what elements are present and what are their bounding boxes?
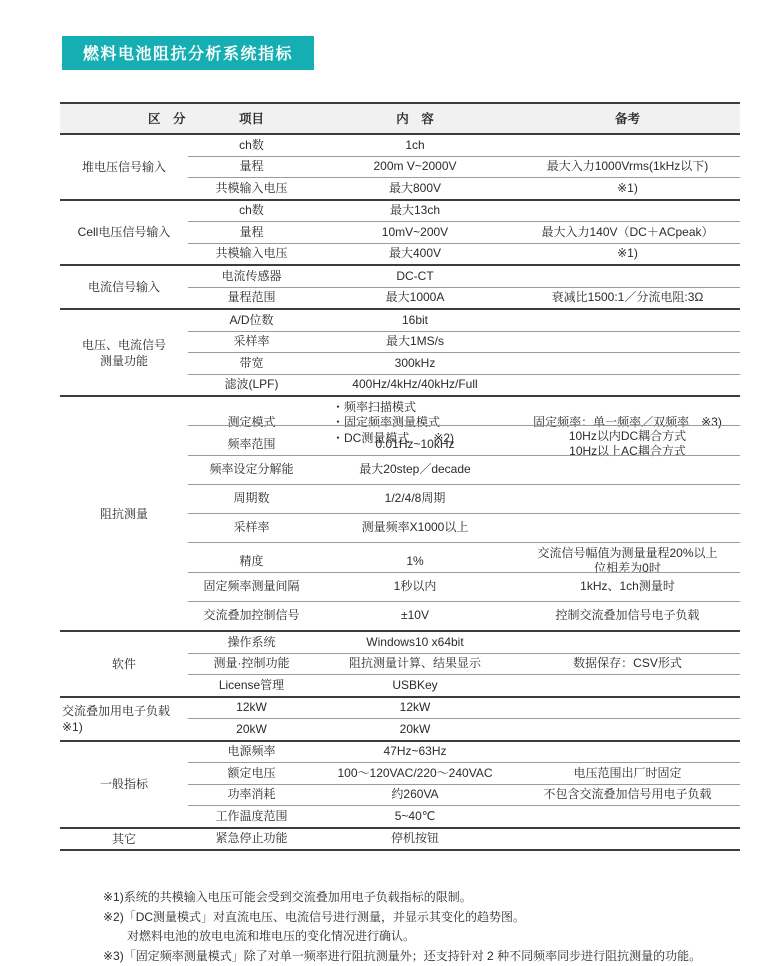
cell-item: 12kW — [188, 700, 315, 716]
spec-table-groups: 堆电压信号输入ch数1ch量程200m V~2000V最大入力1000Vrms(… — [60, 135, 740, 851]
cell-remark: ※1) — [515, 246, 740, 262]
cell-content: 5~40℃ — [315, 809, 515, 825]
cell-content: 约260VA — [315, 787, 515, 803]
cell-content: 停机按钮 — [315, 831, 515, 847]
table-row: ch数最大13ch — [188, 201, 740, 222]
cell-item: 操作系统 — [188, 635, 315, 651]
cell-content: 47Hz~63Hz — [315, 744, 515, 760]
cell-item: 电源频率 — [188, 744, 315, 760]
group-label: 电压、电流信号 测量功能 — [60, 310, 188, 395]
table-row: 紧急停止功能停机按钮 — [188, 829, 740, 850]
table-row: 电源频率47Hz~63Hz — [188, 742, 740, 763]
cell-item: 交流叠加控制信号 — [188, 608, 315, 624]
cell-content: Windows10 x64bit — [315, 635, 515, 651]
cell-remark: 衰减比1500:1／分流电阻:3Ω — [515, 290, 740, 306]
table-group: 软件操作系统Windows10 x64bit测量·控制功能阻抗测量计算、结果显示… — [60, 632, 740, 698]
cell-content: 1ch — [315, 138, 515, 154]
cell-item: 精度 — [188, 554, 315, 570]
cell-content: USBKey — [315, 678, 515, 694]
table-group: 阻抗测量测定模式・频率扫描模式 ・固定频率测量模式 ・DC测量模式 ※2)固定频… — [60, 397, 740, 632]
cell-item: A/D位数 — [188, 313, 315, 329]
table-row: 量程200m V~2000V最大入力1000Vrms(1kHz以下) — [188, 156, 740, 178]
table-row: 12kW12kW — [188, 698, 740, 719]
table-group: 交流叠加用电子负载 ※1)12kW12kW20kW20kW — [60, 698, 740, 742]
page-title: 燃料电池阻抗分析系统指标 — [62, 36, 314, 70]
table-row: 共模输入电压最大400V※1) — [188, 243, 740, 265]
group-label: 交流叠加用电子负载 ※1) — [60, 698, 188, 740]
cell-item: 频率范围 — [188, 437, 315, 453]
group-label: 电流信号输入 — [60, 266, 188, 308]
table-group: 一般指标电源频率47Hz~63Hz额定电压100～120VAC/220～240V… — [60, 742, 740, 829]
table-row: 测定模式・频率扫描模式 ・固定频率测量模式 ・DC测量模式 ※2)固定频率：单一… — [188, 397, 740, 425]
footnote-1: ※1)系统的共模输入电压可能会受到交流叠加用电子负载指标的限制。 — [103, 888, 781, 908]
header-item: 项目 — [188, 109, 315, 127]
table-row: 精度1%交流信号幅值为测量量程20%以上 位相差为0时 — [188, 542, 740, 571]
header-content: 内 容 — [315, 109, 515, 127]
table-group: Cell电压信号输入ch数最大13ch量程10mV~200V最大入力140V（D… — [60, 201, 740, 267]
cell-item: License管理 — [188, 678, 315, 694]
cell-item: 共模输入电压 — [188, 246, 315, 262]
cell-item: 量程 — [188, 225, 315, 241]
table-group: 电流信号输入电流传感器DC-CT量程范围最大1000A衰减比1500:1／分流电… — [60, 266, 740, 310]
footnote-2-continued: 对燃料电池的放电电流和堆电压的变化情况进行确认。 — [103, 927, 781, 947]
footnotes: ※1)系统的共模输入电压可能会受到交流叠加用电子负载指标的限制。 ※2)「DC测… — [103, 888, 781, 966]
cell-content: 0.01Hz~10kHz — [315, 437, 515, 453]
cell-content: 300kHz — [315, 356, 515, 372]
table-row: 滤波(LPF)400Hz/4kHz/40kHz/Full — [188, 374, 740, 396]
cell-item: 额定电压 — [188, 766, 315, 782]
cell-remark: 最大入力1000Vrms(1kHz以下) — [515, 159, 740, 175]
header-category: 区 分 — [60, 109, 188, 127]
cell-content: ±10V — [315, 608, 515, 624]
cell-item: 紧急停止功能 — [188, 831, 315, 847]
cell-content: 20kW — [315, 722, 515, 738]
group-label: 其它 — [60, 829, 188, 850]
table-row: 周期数1/2/4/8周期 — [188, 484, 740, 513]
table-row: 采样率测量频率X1000以上 — [188, 513, 740, 542]
cell-item: 带宽 — [188, 356, 315, 372]
header-remark: 备考 — [515, 109, 740, 127]
cell-item: ch数 — [188, 138, 315, 154]
table-row: 测量·控制功能阻抗测量计算、结果显示数据保存：CSV形式 — [188, 653, 740, 675]
table-row: 电流传感器DC-CT — [188, 266, 740, 287]
cell-content: 阻抗测量计算、结果显示 — [315, 656, 515, 672]
table-row: ch数1ch — [188, 135, 740, 156]
cell-content: 1% — [315, 554, 515, 570]
table-row: 功率消耗约260VA不包含交流叠加信号用电子负载 — [188, 784, 740, 806]
cell-remark: 不包含交流叠加信号用电子负载 — [515, 787, 740, 803]
table-row: License管理USBKey — [188, 674, 740, 696]
table-row: 频率范围0.01Hz~10kHz10Hz以内DC耦合方式 10Hz以上AC耦合方… — [188, 425, 740, 454]
cell-content: 1/2/4/8周期 — [315, 491, 515, 507]
cell-content: 最大1000A — [315, 290, 515, 306]
cell-item: 测量·控制功能 — [188, 656, 315, 672]
cell-content: 12kW — [315, 700, 515, 716]
group-label: Cell电压信号输入 — [60, 201, 188, 265]
cell-content: 1秒以内 — [315, 579, 515, 595]
cell-item: 共模输入电压 — [188, 181, 315, 197]
cell-item: 采样率 — [188, 520, 315, 536]
cell-item: 20kW — [188, 722, 315, 738]
footnote-2: ※2)「DC测量模式」对直流电压、电流信号进行测量，并显示其变化的趋势图。 — [103, 908, 781, 928]
table-row: 工作温度范围5~40℃ — [188, 805, 740, 827]
table-row: 固定频率测量间隔1秒以内1kHz、1ch测量时 — [188, 572, 740, 601]
cell-remark: 控制交流叠加信号电子负载 — [515, 608, 740, 624]
cell-item: 滤波(LPF) — [188, 377, 315, 393]
cell-content: DC-CT — [315, 269, 515, 285]
table-row: 带宽300kHz — [188, 352, 740, 374]
cell-item: 工作温度范围 — [188, 809, 315, 825]
cell-content: 最大20step／decade — [315, 462, 515, 478]
table-row: 额定电压100～120VAC/220～240VAC电压范围出厂时固定 — [188, 762, 740, 784]
cell-item: ch数 — [188, 203, 315, 219]
cell-remark: 数据保存：CSV形式 — [515, 656, 740, 672]
cell-item: 功率消耗 — [188, 787, 315, 803]
cell-item: 采样率 — [188, 334, 315, 350]
cell-item: 频率设定分解能 — [188, 462, 315, 478]
table-row: 共模输入电压最大800V※1) — [188, 177, 740, 199]
table-row: A/D位数16bit — [188, 310, 740, 331]
group-label: 软件 — [60, 632, 188, 696]
footnote-3: ※3)「固定频率测量模式」除了对单一频率进行阻抗测量外；还支持针对 2 种不同频… — [103, 947, 781, 966]
cell-item: 电流传感器 — [188, 269, 315, 285]
table-row: 20kW20kW — [188, 718, 740, 740]
table-group: 其它紧急停止功能停机按钮 — [60, 829, 740, 852]
cell-content: 最大13ch — [315, 203, 515, 219]
group-label: 一般指标 — [60, 742, 188, 827]
cell-content: 最大400V — [315, 246, 515, 262]
cell-content: 测量频率X1000以上 — [315, 520, 515, 536]
spec-table: 区 分 项目 内 容 备考 堆电压信号输入ch数1ch量程200m V~2000… — [60, 102, 740, 851]
cell-remark: 电压范围出厂时固定 — [515, 766, 740, 782]
table-group: 电压、电流信号 测量功能A/D位数16bit采样率最大1MS/s带宽300kHz… — [60, 310, 740, 397]
group-label: 阻抗测量 — [60, 397, 188, 630]
cell-item: 固定频率测量间隔 — [188, 579, 315, 595]
cell-item: 量程范围 — [188, 290, 315, 306]
group-label: 堆电压信号输入 — [60, 135, 188, 199]
table-row: 采样率最大1MS/s — [188, 331, 740, 353]
cell-content: 最大1MS/s — [315, 334, 515, 350]
table-group: 堆电压信号输入ch数1ch量程200m V~2000V最大入力1000Vrms(… — [60, 135, 740, 201]
cell-content: 最大800V — [315, 181, 515, 197]
cell-item: 周期数 — [188, 491, 315, 507]
table-header-row: 区 分 项目 内 容 备考 — [60, 104, 740, 135]
cell-content: 16bit — [315, 313, 515, 329]
cell-content: 100～120VAC/220～240VAC — [315, 766, 515, 782]
cell-content: 400Hz/4kHz/40kHz/Full — [315, 377, 515, 393]
table-row: 量程范围最大1000A衰减比1500:1／分流电阻:3Ω — [188, 287, 740, 309]
cell-remark: 最大入力140V（DC＋ACpeak） — [515, 225, 740, 241]
cell-item: 量程 — [188, 159, 315, 175]
table-row: 交流叠加控制信号±10V控制交流叠加信号电子负载 — [188, 601, 740, 630]
cell-remark: ※1) — [515, 181, 740, 197]
cell-content: 10mV~200V — [315, 225, 515, 241]
cell-remark: 1kHz、1ch测量时 — [515, 579, 740, 595]
table-row: 量程10mV~200V最大入力140V（DC＋ACpeak） — [188, 221, 740, 243]
table-row: 操作系统Windows10 x64bit — [188, 632, 740, 653]
table-row: 频率设定分解能最大20step／decade — [188, 455, 740, 484]
cell-content: 200m V~2000V — [315, 159, 515, 175]
